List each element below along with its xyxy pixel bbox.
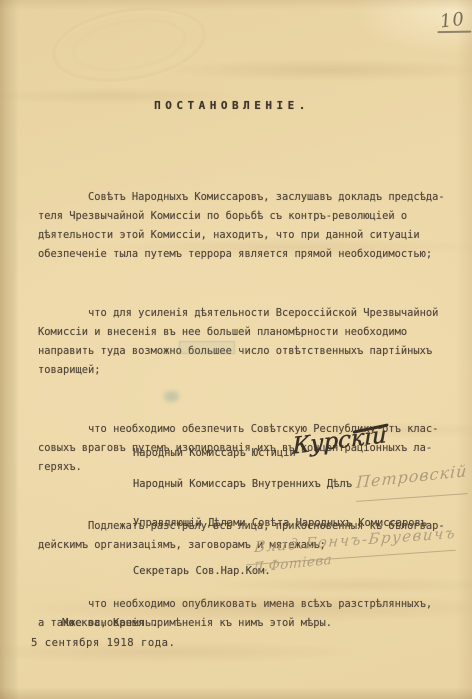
document-page: 10 ПОСТАНОВЛЕНІЕ. Совѣтъ Народныхъ Комис… [0, 0, 472, 699]
signatory-label-secretary: Секретарь Сов.Нар.Ком. [133, 565, 271, 577]
signatory-label-justice-commissar: Народный Комиссаръ Юстиціи [133, 447, 296, 459]
faded-stamp-remnant [179, 341, 235, 354]
place-line: Москва, Кремль. [62, 617, 158, 629]
ink-smudge [164, 391, 179, 402]
document-body: Совѣтъ Народныхъ Комиссаровъ, заслушавъ … [38, 150, 458, 673]
date-line: 5 сентября 1918 года. [31, 637, 175, 649]
embossed-seal [47, 0, 210, 92]
embossed-seal-inner-ring [69, 12, 189, 77]
signatory-label-sovnarkom-administrator: Управляющій Дѣлами Совѣта Народныхъ Коми… [133, 517, 427, 529]
signatory-label-interior-commissar: Народный Комиссаръ Внутреннихъ Дѣлъ [133, 478, 352, 490]
paragraph-preamble: Совѣтъ Народныхъ Комиссаровъ, заслушавъ … [38, 188, 458, 264]
document-title: ПОСТАНОВЛЕНІЕ. [0, 99, 464, 112]
handwritten-page-number: 10 [439, 9, 466, 33]
paragraph-strengthen-cheka: что для усиленія дѣятельности Всероссійс… [38, 304, 458, 380]
